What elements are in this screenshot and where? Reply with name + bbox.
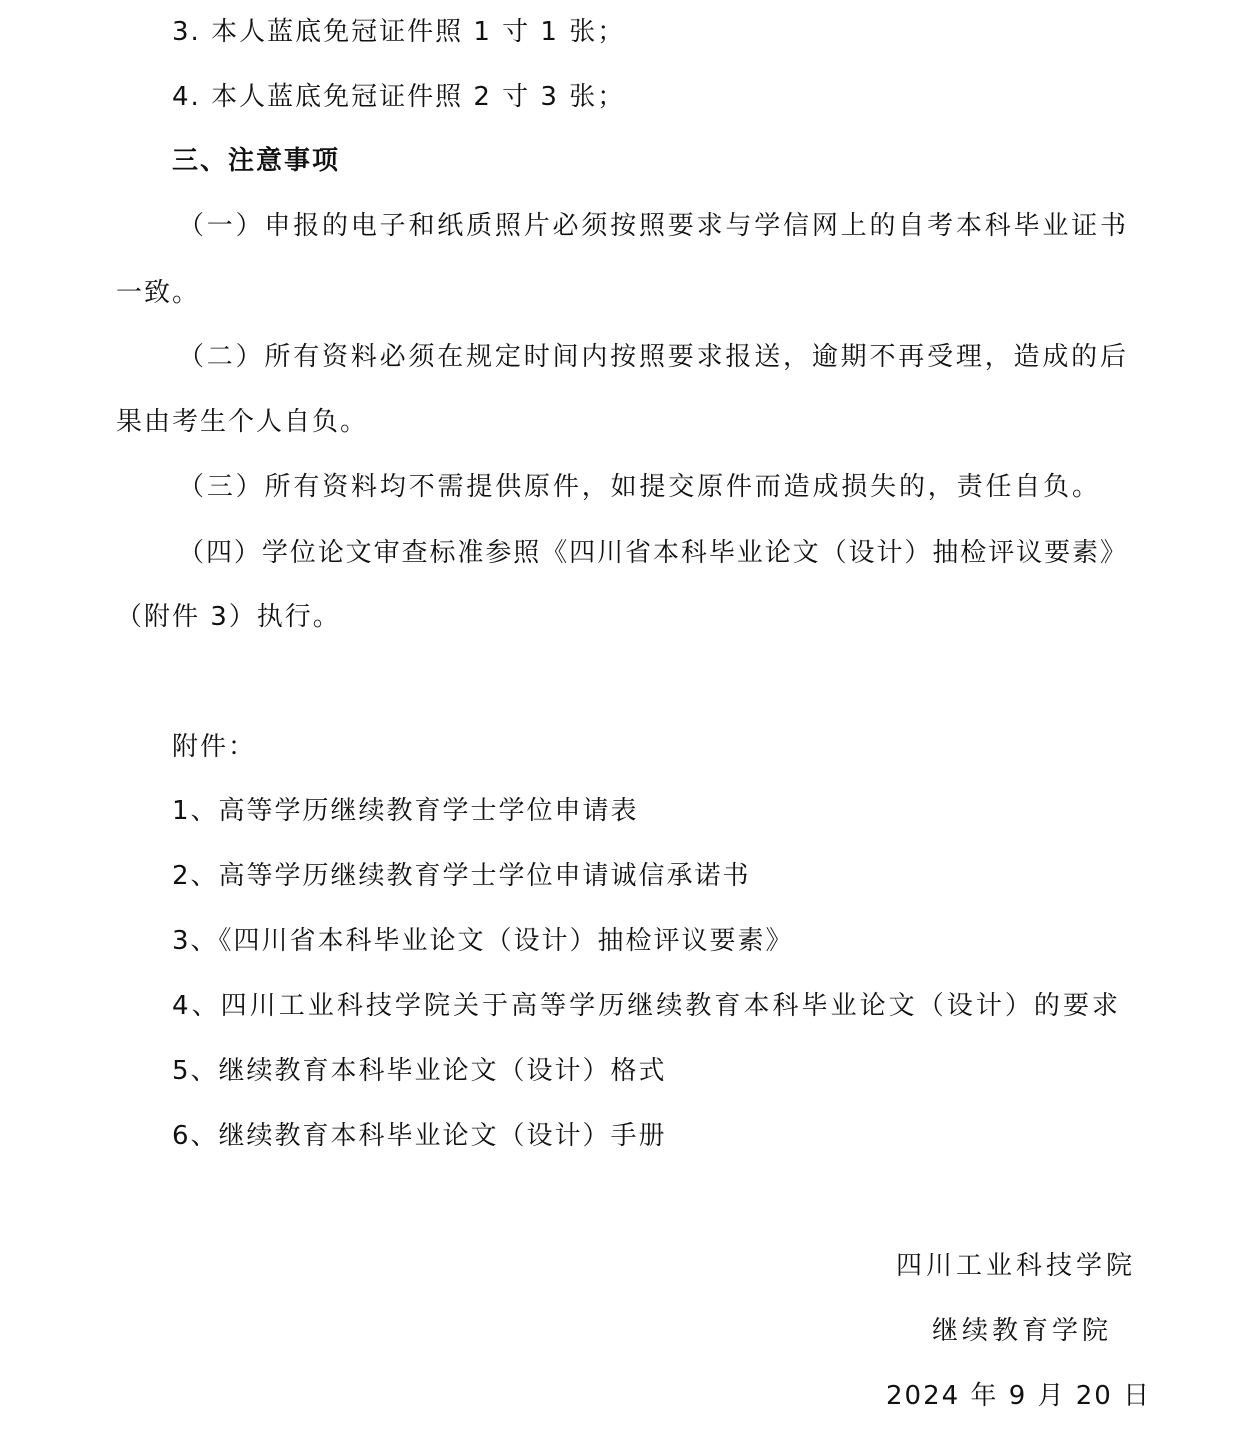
note-2-line-2: 果由考生个人自负。 xyxy=(116,406,368,438)
note-4-line-1: （四）学位论文审查标准参照《四川省本科毕业论文（设计）抽检评议要素》 xyxy=(178,537,1126,569)
note-4-line-2: （附件 3）执行。 xyxy=(116,601,341,633)
note-3: （三）所有资料均不需提供原件，如提交原件而造成损失的，责任自负。 xyxy=(178,471,1098,503)
attachments-label: 附件： xyxy=(172,731,256,763)
attachment-item-3: 3、《四川省本科毕业论文（设计）抽检评议要素》 xyxy=(172,925,794,957)
signature-department: 继续教育学院 xyxy=(932,1315,1112,1347)
material-item-4: 4. 本人蓝底免冠证件照 2 寸 3 张； xyxy=(172,81,625,113)
note-1-line-2: 一致。 xyxy=(116,277,200,309)
attachment-item-1: 1、高等学历继续教育学士学位申请表 xyxy=(172,795,639,827)
attachment-item-5: 5、继续教育本科毕业论文（设计）格式 xyxy=(172,1055,667,1087)
note-2-line-1: （二）所有资料必须在规定时间内按照要求报送，逾期不再受理，造成的后 xyxy=(178,341,1126,373)
attachment-item-2: 2、高等学历继续教育学士学位申请诚信承诺书 xyxy=(172,860,751,892)
note-1-line-1: （一）申报的电子和纸质照片必须按照要求与学信网上的自考本科毕业证书 xyxy=(178,210,1126,242)
section-heading-notes: 三、注意事项 xyxy=(172,145,340,177)
attachment-item-6: 6、继续教育本科毕业论文（设计）手册 xyxy=(172,1120,667,1152)
attachment-item-4: 4、四川工业科技学院关于高等学历继续教育本科毕业论文（设计）的要求 xyxy=(172,990,1118,1022)
signature-date: 2024 年 9 月 20 日 xyxy=(886,1380,1151,1412)
signature-institution: 四川工业科技学院 xyxy=(896,1250,1136,1282)
material-item-3: 3. 本人蓝底免冠证件照 1 寸 1 张； xyxy=(172,16,625,48)
